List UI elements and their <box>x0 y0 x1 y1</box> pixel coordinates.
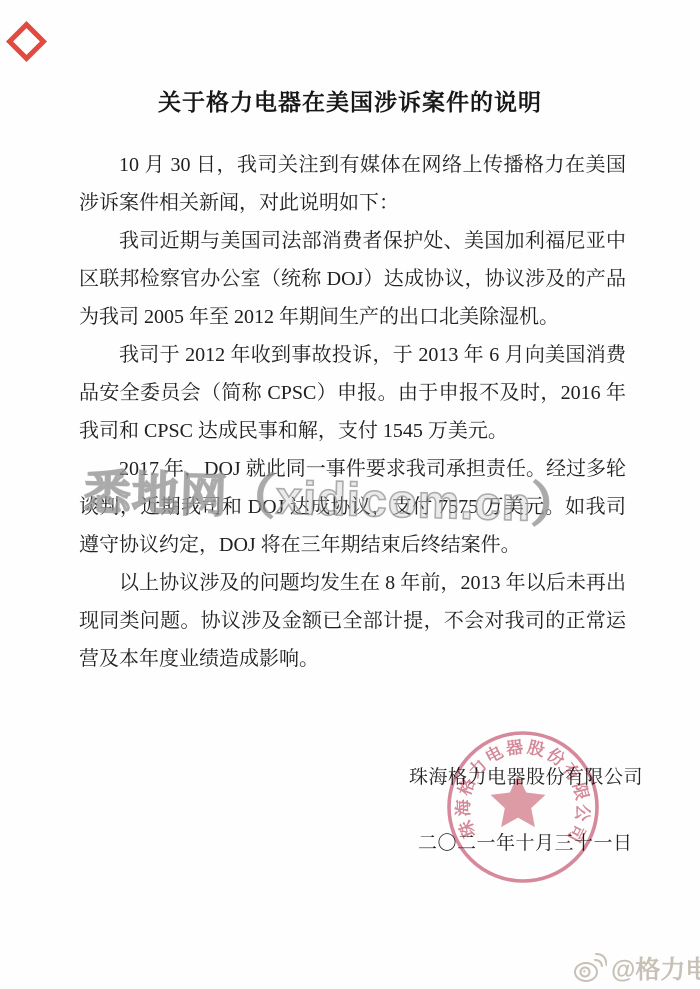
weibo-logo-icon <box>573 953 607 983</box>
signature-date: 二〇二一年十月三十一日 <box>418 828 633 855</box>
document-body: 10 月 30 日，我司关注到有媒体在网络上传播格力在美国涉诉案件相关新闻，对此… <box>79 146 626 678</box>
paragraph-doj-payment: 2017 年，DOJ 就此同一事件要求我司承担责任。经过多轮谈判，近期我司和 D… <box>79 450 626 564</box>
signature-company: 珠海格力电器股份有限公司 <box>409 762 643 789</box>
paragraph-cpsc-settlement: 我司于 2012 年收到事故投诉，于 2013 年 6 月向美国消费品安全委员会… <box>79 336 626 450</box>
document-page: 关于格力电器在美国涉诉案件的说明 10 月 30 日，我司关注到有媒体在网络上传… <box>0 0 700 989</box>
weibo-account-label: @格力电器 <box>611 950 700 986</box>
company-seal-stamp: 珠海格力电器股份有限公司 <box>433 717 613 897</box>
weibo-watermark: @格力电器 <box>573 950 700 986</box>
page-title: 关于格力电器在美国涉诉案件的说明 <box>0 84 700 117</box>
paragraph-intro: 10 月 30 日，我司关注到有媒体在网络上传播格力在美国涉诉案件相关新闻，对此… <box>79 146 626 222</box>
red-corner-mark-icon <box>6 21 47 62</box>
paragraph-doj-agreement: 我司近期与美国司法部消费者保护处、美国加利福尼亚中区联邦检察官办公室（统称 DO… <box>79 222 626 336</box>
paragraph-conclusion: 以上协议涉及的问题均发生在 8 年前，2013 年以后未再出现同类问题。协议涉及… <box>79 564 626 678</box>
